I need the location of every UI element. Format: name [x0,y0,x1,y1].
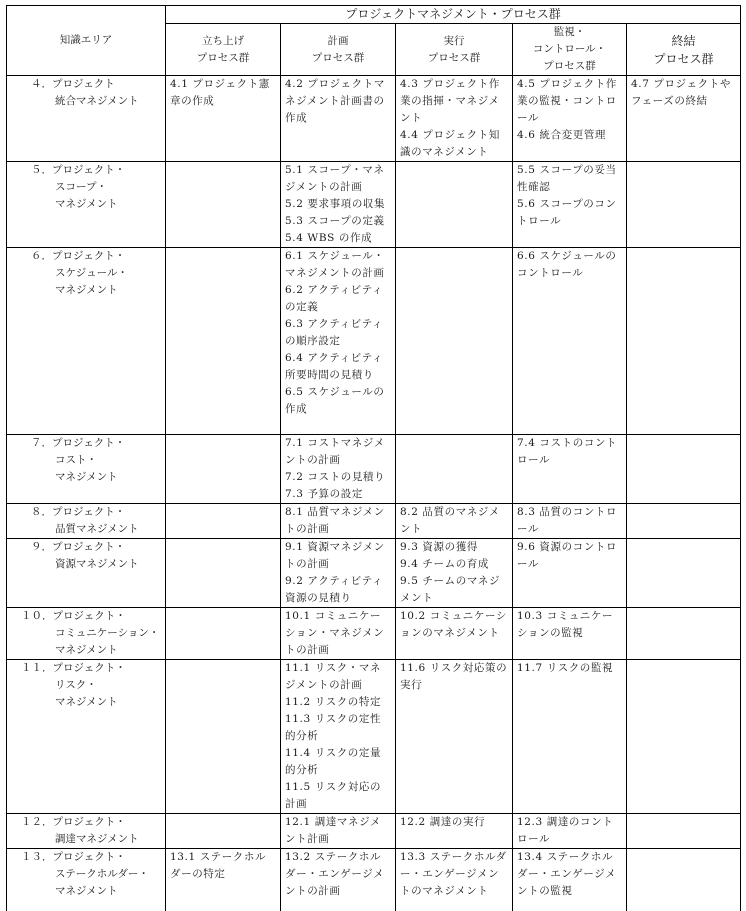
knowledge-area-label: スケジュール・ [31,265,161,282]
process-item: 6.2 アクティビティの定義 [285,282,391,316]
process-cell-executing: 4.3 プロジェクト作業の指揮・マネジメント4.4 プロジェクト知識のマネジメン… [396,76,513,162]
knowledge-area-label: マネジメント [21,883,161,900]
process-cell-executing [396,248,513,435]
process-cell-executing: 9.3 資源の獲得9.4 チームの育成9.5 チームのマネジメント [396,539,513,608]
process-item: 5.3 スコープの定義 [285,213,391,230]
process-cell-planning: 5.1 スコープ・マネジメントの計画5.2 要求事項の収集5.3 スコープの定義… [281,162,396,248]
process-cell-initiating [166,435,281,504]
phase-header-planning: 計画プロセス群 [281,24,396,76]
knowledge-area-number: １２． [21,816,53,828]
table-row: １３．プロジェクト・ステークホルダー・マネジメント13.1 ステークホルダーの特… [7,849,741,911]
knowledge-area-cell: １０．プロジェクト・コミュニケーション・マネジメント [7,608,166,660]
process-cell-planning: 13.2 ステークホルダー・エンゲージメントの計画 [281,849,396,911]
process-item: 7.3 予算の設定 [285,486,391,503]
table-row: ７．プロジェクト・コスト・マネジメント7.1 コストマネジメントの計画7.2 コ… [7,435,741,504]
table-row: １１．プロジェクト・リスク・マネジメント11.1 リスク・マネジメントの計画11… [7,660,741,814]
process-item: 4.6 統合変更管理 [517,127,622,144]
process-item: 4.5 プロジェクト作業の監視・コントロール [517,76,622,127]
process-cell-monitoring: 4.5 プロジェクト作業の監視・コントロール4.6 統合変更管理 [513,76,627,162]
process-item: 9.5 チームのマネジメント [400,573,508,607]
process-item: 5.1 スコープ・マネジメントの計画 [285,162,391,196]
process-cell-closing [627,435,741,504]
knowledge-area-number: １３． [21,851,53,863]
process-group-table: 知識エリア プロジェクトマネジメント・プロセス群 立ち上げプロセス群計画プロセス… [6,5,741,911]
table-row: １０．プロジェクト・コミュニケーション・マネジメント10.1 コミュニケーション… [7,608,741,660]
process-cell-monitoring: 9.6 資源のコントロール [513,539,627,608]
knowledge-area-cell: ９．プロジェクト・資源マネジメント [7,539,166,608]
process-item: 5.6 スコープのコントロール [517,196,622,230]
process-cell-planning: 7.1 コストマネジメントの計画7.2 コストの見積り7.3 予算の設定 [281,435,396,504]
process-cell-initiating [166,539,281,608]
process-item: 9.1 資源マネジメントの計画 [285,539,391,573]
process-item: 4.1 プロジェクト憲章の作成 [170,76,276,110]
process-cell-monitoring: 11.7 リスクの監視 [513,660,627,814]
process-cell-executing [396,435,513,504]
knowledge-area-label: 品質マネジメント [31,521,161,538]
phase-header-line: 計画 [285,33,391,50]
knowledge-area-title-line: １１．プロジェクト・ [21,660,161,677]
knowledge-area-title-line: ６．プロジェクト・ [31,248,161,265]
process-item: 9.4 チームの育成 [400,556,508,573]
knowledge-area-label: プロジェクト・ [53,610,126,622]
process-cell-initiating [166,162,281,248]
knowledge-area-label: ステークホルダー・ [21,866,161,883]
knowledge-area-title-line: １３．プロジェクト・ [21,849,161,866]
knowledge-area-title-line: ５．プロジェクト・ [31,162,161,179]
knowledge-area-label: プロジェクト [52,78,115,90]
process-item: 5.2 要求事項の収集 [285,196,391,213]
process-item: 12.2 調達の実行 [400,814,508,831]
knowledge-area-number: ４． [31,78,52,90]
process-item: 13.3 ステークホルダー・エンゲージメントのマネジメント [400,849,508,900]
knowledge-area-number: １０． [21,610,53,622]
knowledge-area-cell: １３．プロジェクト・ステークホルダー・マネジメント [7,849,166,911]
knowledge-area-title-line: ８．プロジェクト・ [31,504,161,521]
process-item: 11.3 リスクの定性的分析 [285,711,391,745]
knowledge-area-label: プロジェクト・ [52,437,125,449]
table-row: ５．プロジェクト・スコープ・マネジメント5.1 スコープ・マネジメントの計画5.… [7,162,741,248]
process-cell-executing: 13.3 ステークホルダー・エンゲージメントのマネジメント [396,849,513,911]
process-item: 11.2 リスクの特定 [285,694,391,711]
process-item: 4.7 プロジェクトやフェーズの終結 [631,76,736,110]
process-item: 6.3 アクティビティの順序設定 [285,316,391,350]
process-cell-planning: 4.2 プロジェクトマネジメント計画書の作成 [281,76,396,162]
process-cell-closing [627,248,741,435]
process-cell-monitoring: 8.3 品質のコントロール [513,504,627,539]
process-cell-initiating [166,608,281,660]
process-cell-closing: 4.7 プロジェクトやフェーズの終結 [627,76,741,162]
knowledge-area-label: コスト・ [31,452,161,469]
process-item: 8.2 品質のマネジメント [400,504,508,538]
process-cell-executing: 10.2 コミュニケーションのマネジメント [396,608,513,660]
phase-header-line: コントロール・ [517,41,622,58]
process-cell-monitoring: 12.3 調達のコントロール [513,814,627,849]
process-cell-closing [627,608,741,660]
process-item: 7.1 コストマネジメントの計画 [285,435,391,469]
process-item: 6.6 スケジュールのコントロール [517,248,622,282]
knowledge-area-label: プロジェクト・ [52,164,125,176]
process-cell-planning: 10.1 コミュニケーション・マネジメントの計画 [281,608,396,660]
process-item: 8.1 品質マネジメントの計画 [285,504,391,538]
knowledge-area-label: 資源マネジメント [31,556,161,573]
process-cell-planning: 11.1 リスク・マネジメントの計画11.2 リスクの特定11.3 リスクの定性… [281,660,396,814]
phase-header-executing: 実行プロセス群 [396,24,513,76]
knowledge-area-label: プロジェクト・ [52,506,125,518]
process-item: 11.6 リスク対応策の実行 [400,660,508,694]
process-cell-planning: 6.1 スケジュール・マネジメントの計画6.2 アクティビティの定義6.3 アク… [281,248,396,435]
knowledge-area-number: ７． [31,437,52,449]
process-cell-initiating: 4.1 プロジェクト憲章の作成 [166,76,281,162]
knowledge-area-title-line: ７．プロジェクト・ [31,435,161,452]
knowledge-area-cell: ４．プロジェクト統合マネジメント [7,76,166,162]
process-item: 13.1 ステークホルダーの特定 [170,849,276,883]
process-item: 11.4 リスクの定量的分析 [285,745,391,779]
knowledge-area-cell: ６．プロジェクト・スケジュール・マネジメント [7,248,166,435]
knowledge-area-label: プロジェクト・ [53,816,126,828]
knowledge-area-cell: １２．プロジェクト・調達マネジメント [7,814,166,849]
process-cell-closing [627,504,741,539]
process-item: 11.5 リスク対応の計画 [285,779,391,813]
process-item: 10.1 コミュニケーション・マネジメントの計画 [285,608,391,659]
process-item: 12.1 調達マネジメント計画 [285,814,391,848]
process-item: 7.2 コストの見積り [285,469,391,486]
phase-header-line: 実行 [400,33,508,50]
process-item: 10.2 コミュニケーションのマネジメント [400,608,508,642]
header-row-group: 知識エリア プロジェクトマネジメント・プロセス群 [7,6,741,24]
process-item: 9.2 アクティビティ資源の見積り [285,573,391,607]
process-item: 5.5 スコープの妥当性確認 [517,162,622,196]
process-cell-initiating [166,504,281,539]
phase-header-line: プロセス群 [517,58,622,75]
knowledge-area-title-line: １０．プロジェクト・ [21,608,161,625]
table-body: ４．プロジェクト統合マネジメント4.1 プロジェクト憲章の作成4.2 プロジェク… [7,76,741,911]
process-cell-executing: 11.6 リスク対応策の実行 [396,660,513,814]
knowledge-area-number: ５． [31,164,52,176]
knowledge-area-title-line: １２．プロジェクト・ [21,814,161,831]
process-cell-planning: 12.1 調達マネジメント計画 [281,814,396,849]
process-cell-closing [627,539,741,608]
process-cell-planning: 8.1 品質マネジメントの計画 [281,504,396,539]
phase-header-line: プロセス群 [285,50,391,67]
process-item: 12.3 調達のコントロール [517,814,622,848]
phase-header-line: 立ち上げ [170,33,276,50]
knowledge-area-number: １１． [21,662,53,674]
knowledge-area-label: コミュニケーション・ [21,625,161,642]
knowledge-area-number: ９． [31,541,52,553]
process-item: 6.1 スケジュール・マネジメントの計画 [285,248,391,282]
phase-header-closing: 終結プロセス群 [627,24,741,76]
knowledge-area-cell: ７．プロジェクト・コスト・マネジメント [7,435,166,504]
process-item: 4.4 プロジェクト知識のマネジメント [400,127,508,161]
knowledge-area-label: マネジメント [31,196,161,213]
knowledge-area-label: プロジェクト・ [53,662,126,674]
process-item: 13.2 ステークホルダー・エンゲージメントの計画 [285,849,391,900]
process-item: 13.4 ステークホルダー・エンゲージメントの監視 [517,849,622,900]
process-item: 10.3 コミュニケーションの監視 [517,608,622,642]
knowledge-area-label: リスク・ [21,677,161,694]
process-cell-monitoring: 13.4 ステークホルダー・エンゲージメントの監視 [513,849,627,911]
knowledge-area-cell: ８．プロジェクト・品質マネジメント [7,504,166,539]
process-cell-closing [627,849,741,911]
process-cell-planning: 9.1 資源マネジメントの計画9.2 アクティビティ資源の見積り [281,539,396,608]
process-cell-closing [627,660,741,814]
phase-header-initiating: 立ち上げプロセス群 [166,24,281,76]
process-item: 4.3 プロジェクト作業の指揮・マネジメント [400,76,508,127]
process-cell-initiating [166,660,281,814]
table-row: ９．プロジェクト・資源マネジメント9.1 資源マネジメントの計画9.2 アクティ… [7,539,741,608]
phase-header-line: プロセス群 [631,50,736,68]
knowledge-area-label: プロジェクト・ [53,851,126,863]
phase-header-line: プロセス群 [400,50,508,67]
process-group-header: プロジェクトマネジメント・プロセス群 [166,6,741,24]
phase-header-line: プロセス群 [170,50,276,67]
process-cell-initiating [166,248,281,435]
process-item: 6.5 スケジュールの作成 [285,384,391,418]
process-item: 9.3 資源の獲得 [400,539,508,556]
process-cell-closing [627,162,741,248]
knowledge-area-header: 知識エリア [7,6,166,76]
knowledge-area-label: プロジェクト・ [52,250,125,262]
process-item: 9.6 資源のコントロール [517,539,622,573]
process-cell-initiating [166,814,281,849]
knowledge-area-number: ６． [31,250,52,262]
knowledge-area-label: マネジメント [21,642,161,659]
knowledge-area-label: 調達マネジメント [21,831,161,848]
phase-header-line: 監視・ [517,24,622,41]
process-cell-executing [396,162,513,248]
knowledge-area-label: マネジメント [31,282,161,299]
knowledge-area-label: マネジメント [31,469,161,486]
knowledge-area-title-line: ９．プロジェクト・ [31,539,161,556]
knowledge-area-label: 統合マネジメント [31,93,161,110]
phase-header-monitoring: 監視・コントロール・プロセス群 [513,24,627,76]
knowledge-area-label: スコープ・ [31,179,161,196]
table-row: ４．プロジェクト統合マネジメント4.1 プロジェクト憲章の作成4.2 プロジェク… [7,76,741,162]
process-item: 11.1 リスク・マネジメントの計画 [285,660,391,694]
table-row: １２．プロジェクト・調達マネジメント12.1 調達マネジメント計画12.2 調達… [7,814,741,849]
process-cell-initiating: 13.1 ステークホルダーの特定 [166,849,281,911]
knowledge-area-label: マネジメント [21,694,161,711]
process-cell-monitoring: 7.4 コストのコントロール [513,435,627,504]
process-cell-executing: 8.2 品質のマネジメント [396,504,513,539]
process-item: 6.4 アクティビティ所要時間の見積り [285,350,391,384]
process-cell-monitoring: 5.5 スコープの妥当性確認5.6 スコープのコントロール [513,162,627,248]
process-cell-executing: 12.2 調達の実行 [396,814,513,849]
process-item: 5.4 WBS の作成 [285,230,391,247]
table-row: ６．プロジェクト・スケジュール・マネジメント6.1 スケジュール・マネジメントの… [7,248,741,435]
knowledge-area-title-line: ４．プロジェクト [31,76,161,93]
process-cell-monitoring: 6.6 スケジュールのコントロール [513,248,627,435]
process-cell-monitoring: 10.3 コミュニケーションの監視 [513,608,627,660]
table-row: ８．プロジェクト・品質マネジメント8.1 品質マネジメントの計画8.2 品質のマ… [7,504,741,539]
process-item: 7.4 コストのコントロール [517,435,622,469]
knowledge-area-label: プロジェクト・ [52,541,125,553]
process-item: 8.3 品質のコントロール [517,504,622,538]
process-cell-closing [627,814,741,849]
knowledge-area-number: ８． [31,506,52,518]
process-item: 4.2 プロジェクトマネジメント計画書の作成 [285,76,391,127]
phase-header-line: 終結 [631,32,736,50]
knowledge-area-cell: ５．プロジェクト・スコープ・マネジメント [7,162,166,248]
knowledge-area-cell: １１．プロジェクト・リスク・マネジメント [7,660,166,814]
process-item: 11.7 リスクの監視 [517,660,622,677]
